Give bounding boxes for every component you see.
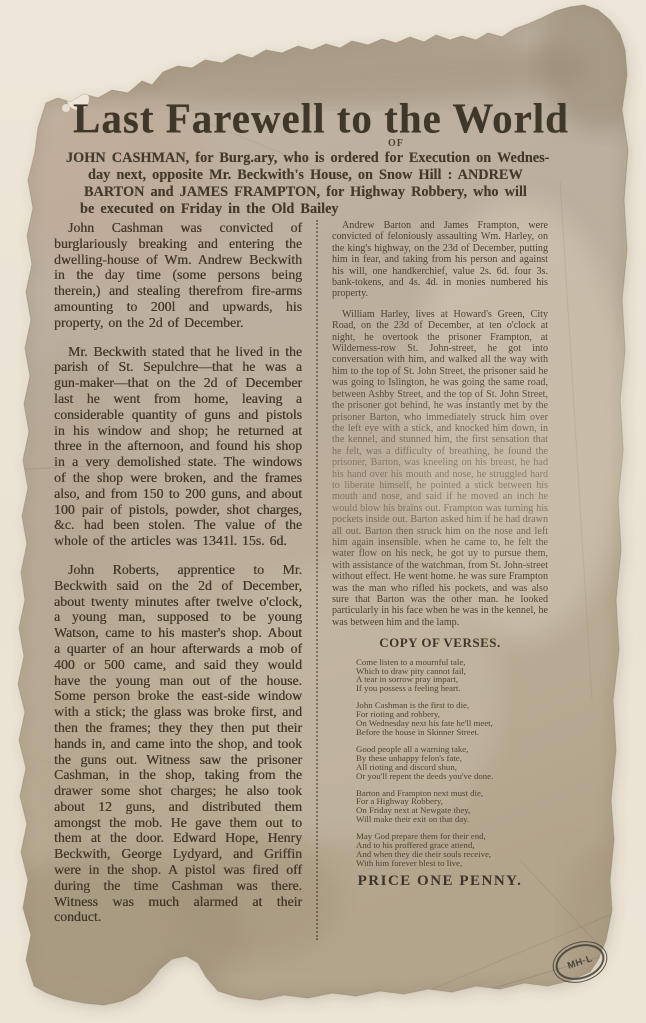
verse-line: If you possess a feeling heart. — [356, 684, 548, 693]
two-column-body: John Cashman was convicted of burglariou… — [54, 220, 594, 940]
subtitle-line: JOHN CASHMAN, for Burg.ary, who is order… — [66, 150, 596, 167]
paragraph-beckwith-testimony: Mr. Beckwith stated that he lived in the… — [54, 344, 302, 549]
broadside-page: Last Farewell to the World OF JOHN CASHM… — [0, 0, 646, 1023]
column-divider-rule — [316, 220, 318, 940]
subtitle-line: be executed on Friday in the Old Bailey — [66, 201, 596, 218]
verse-line: Before the house in Skinner Street. — [356, 728, 548, 737]
verse-stanza: Good people all a warning take, By these… — [356, 745, 548, 781]
verses-block: Come listen to a mournful tale, Which to… — [332, 658, 548, 868]
paragraph-harley-testimony: William Harley, lives at Howard's Green,… — [332, 309, 548, 628]
verse-stanza: Barton and Frampton next must die, For a… — [356, 789, 548, 825]
masthead-subtitle: JOHN CASHMAN, for Burg.ary, who is order… — [66, 150, 596, 218]
verse-line: With him forever blest to live, — [356, 859, 548, 868]
verse-stanza: May God prepare them for their end, And … — [356, 832, 548, 868]
subtitle-line: day next, opposite Mr. Beckwith's House,… — [66, 167, 596, 184]
library-stamp: MH·L — [547, 934, 613, 989]
paragraph-cashman-conviction: John Cashman was convicted of burglariou… — [54, 220, 302, 331]
masthead-of: OF — [388, 138, 404, 149]
verses-heading: COPY OF VERSES. — [332, 637, 548, 648]
verse-stanza: John Cashman is the first to die, For ri… — [356, 701, 548, 737]
paragraph-roberts-testimony: John Roberts, apprentice to Mr. Beckwith… — [54, 562, 302, 925]
verse-line: Or you'll repent the deeds you've done. — [356, 772, 548, 781]
column-left: John Cashman was convicted of burglariou… — [54, 220, 302, 940]
paragraph-barton-frampton-conviction: Andrew Barton and James Frampton, were c… — [332, 220, 548, 300]
verse-stanza: Come listen to a mournful tale, Which to… — [356, 658, 548, 694]
column-right: Andrew Barton and James Frampton, were c… — [332, 220, 548, 940]
stamp-label: MH·L — [566, 953, 594, 971]
verse-line: Will make their exit on that day. — [356, 815, 548, 824]
broadside-content: Last Farewell to the World OF JOHN CASHM… — [0, 0, 646, 1023]
price-line: PRICE ONE PENNY. — [332, 876, 548, 887]
subtitle-line: BARTON and JAMES FRAMPTON, for Highway R… — [66, 184, 596, 201]
page-title: Last Farewell to the World — [38, 93, 604, 143]
